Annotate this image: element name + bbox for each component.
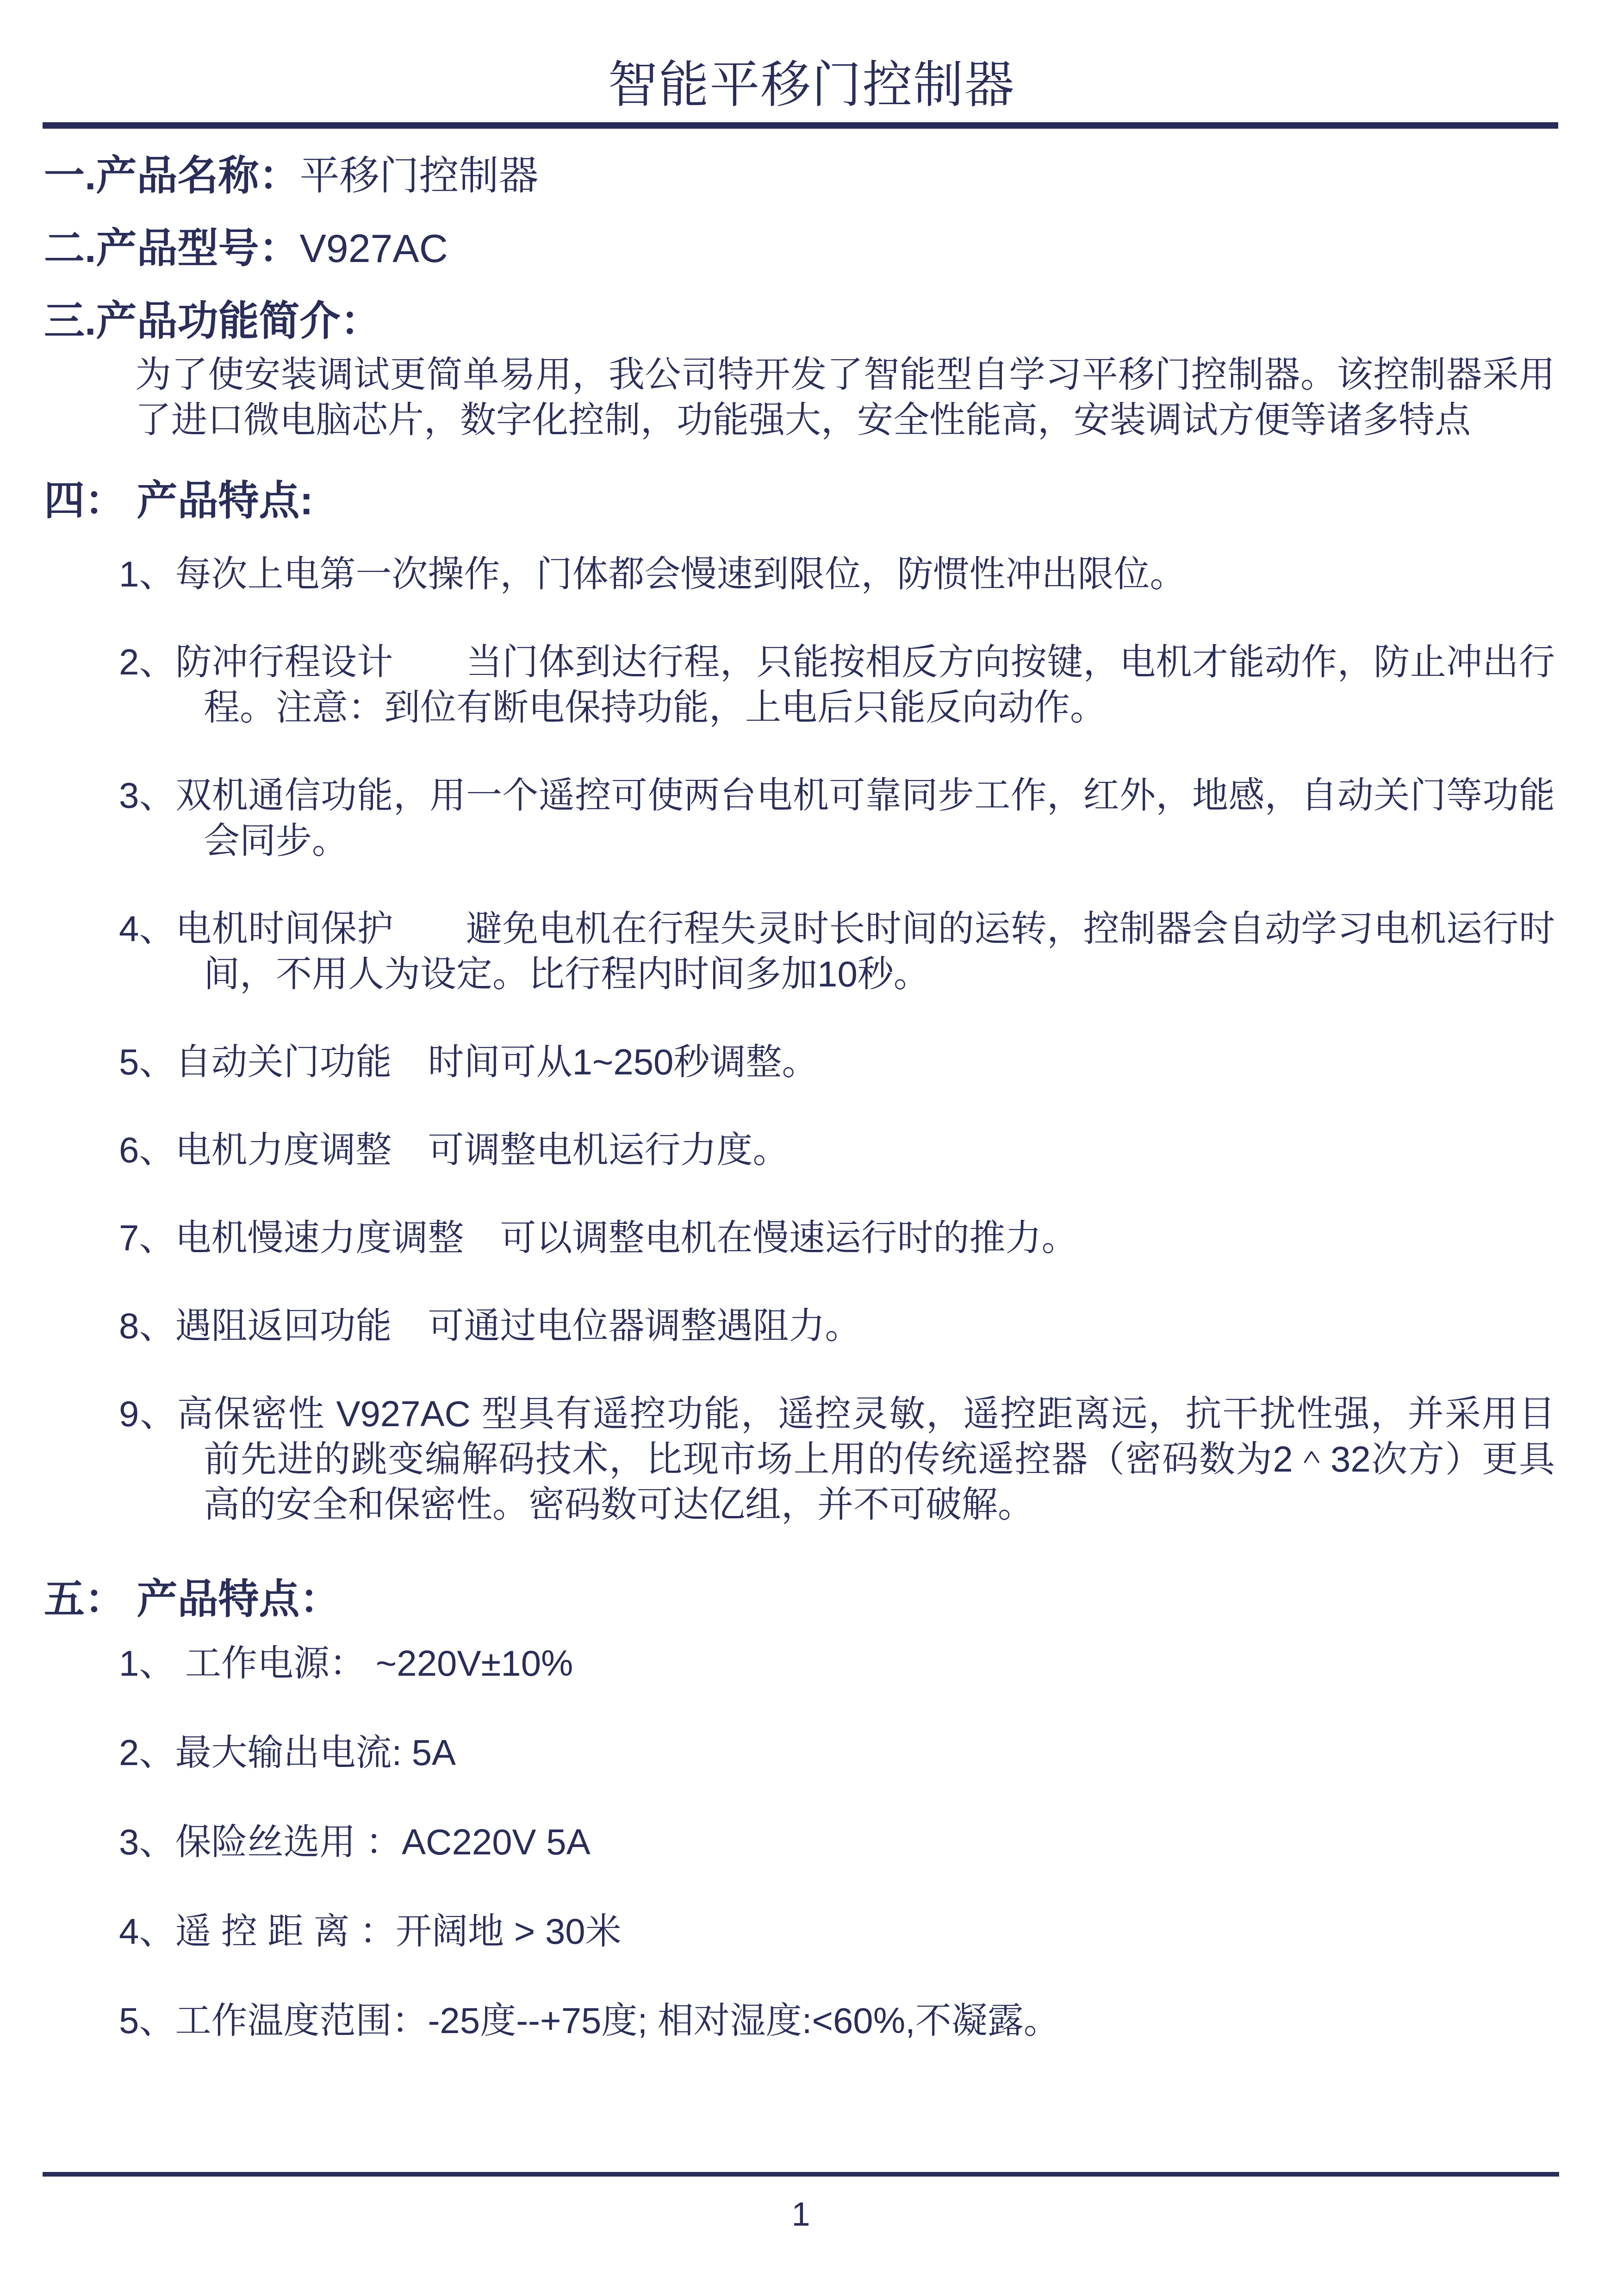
item-text: 最大输出电流: 5A xyxy=(175,1732,456,1773)
section-product-model: 二.产品型号：V927AC xyxy=(44,223,1554,274)
item-number: 8、 xyxy=(119,1305,175,1346)
feature-item-4: 4、电机时间保护 避免电机在行程失灵时长时间的运转，控制器会自动学习电机运行时间… xyxy=(0,906,1555,997)
section-two-heading: 产品型号： xyxy=(96,225,299,271)
item-number: 3、 xyxy=(119,1822,175,1862)
feature-item-6: 6、电机力度调整 可调整电机运行力度。 xyxy=(0,1127,1555,1173)
item-text: 遇阻返回功能 可通过电位器调整遇阻力。 xyxy=(175,1305,861,1346)
section-specs: 五： 产品特点： xyxy=(44,1573,1554,1624)
item-text: 工作电源： ~220V±10% xyxy=(175,1643,573,1684)
item-text: 自动关门功能 时间可从1~250秒调整。 xyxy=(175,1042,818,1082)
feature-item-3: 3、双机通信功能，用一个遥控可使两台电机可靠同步工作，红外，地感，自动关门等功能… xyxy=(0,773,1555,863)
item-number: 2、 xyxy=(119,1732,175,1773)
feature-item-1: 1、每次上电第一次操作，门体都会慢速到限位，防惯性冲出限位。 xyxy=(0,551,1555,597)
feature-item-2: 2、防冲行程设计 当门体到达行程，只能按相反方向按键，电机才能动作，防止冲出行程… xyxy=(0,639,1555,730)
section-five-label: 五： xyxy=(44,1576,137,1622)
section-two-label: 二. xyxy=(44,225,96,271)
item-text: 双机通信功能，用一个遥控可使两台电机可靠同步工作，红外，地感，自动关门等功能会同… xyxy=(175,775,1555,861)
product-name-value: 平移门控制器 xyxy=(299,154,538,198)
section-function-intro: 三.产品功能简介： xyxy=(44,295,1554,346)
item-text: 每次上电第一次操作，门体都会慢速到限位，防惯性冲出限位。 xyxy=(175,554,1186,594)
item-text: 电机力度调整 可调整电机运行力度。 xyxy=(175,1129,789,1170)
feature-item-7: 7、电机慢速力度调整 可以调整电机在慢速运行时的推力。 xyxy=(0,1215,1555,1260)
item-number: 3、 xyxy=(119,775,175,816)
spec-item-5: 5、工作温度范围：-25度--+75度; 相对湿度:<60%,不凝露。 xyxy=(0,1998,1555,2043)
page-footer: 1 xyxy=(43,2172,1559,2231)
item-number: 2、 xyxy=(119,642,175,682)
item-number: 6、 xyxy=(119,1129,175,1170)
section-one-label: 一. xyxy=(44,152,96,198)
item-text: 电机慢速力度调整 可以调整电机在慢速运行时的推力。 xyxy=(175,1217,1077,1258)
function-intro-paragraph: 为了使安装调试更简单易用，我公司特开发了智能型自学习平移门控制器。该控制器采用了… xyxy=(135,352,1555,443)
item-text: 遥 控 距 离 ：开阔地 > 30米 xyxy=(175,1911,621,1952)
section-four-heading: 产品特点: xyxy=(137,477,313,523)
item-text: 保险丝选用 ：AC220V 5A xyxy=(175,1822,590,1862)
section-one-heading: 产品名称： xyxy=(96,152,299,198)
feature-item-8: 8、遇阻返回功能 可通过电位器调整遇阻力。 xyxy=(0,1303,1555,1348)
item-number: 4、 xyxy=(119,908,175,949)
page-number: 1 xyxy=(43,2198,1559,2231)
item-number: 4、 xyxy=(119,1911,175,1952)
footer-divider xyxy=(43,2172,1559,2177)
section-product-name: 一.产品名称：平移门控制器 xyxy=(44,150,1554,201)
section-features: 四： 产品特点: xyxy=(44,475,1554,526)
item-number: 7、 xyxy=(119,1217,175,1258)
item-number: 1、 xyxy=(119,1643,175,1684)
title-divider xyxy=(43,122,1558,129)
section-four-label: 四： xyxy=(44,477,137,523)
spec-list: 1、 工作电源： ~220V±10% 2、最大输出电流: 5A 3、保险丝选用 … xyxy=(0,1641,1555,2043)
item-number: 5、 xyxy=(119,2000,175,2041)
spec-item-2: 2、最大输出电流: 5A xyxy=(0,1730,1555,1775)
feature-item-5: 5、自动关门功能 时间可从1~250秒调整。 xyxy=(0,1039,1555,1085)
section-three-heading: 产品功能简介： xyxy=(96,298,381,343)
spec-item-3: 3、保险丝选用 ：AC220V 5A xyxy=(0,1819,1555,1865)
item-number: 9、 xyxy=(119,1393,177,1434)
document-page: 智能平移门控制器 一.产品名称：平移门控制器 二.产品型号：V927AC 三.产… xyxy=(0,0,1623,2296)
section-three-label: 三. xyxy=(44,298,96,343)
spec-item-1: 1、 工作电源： ~220V±10% xyxy=(0,1641,1555,1686)
item-number: 1、 xyxy=(119,554,175,594)
feature-item-9: 9、高保密性 V927AC 型具有遥控功能，遥控灵敏，遥控距离远，抗干扰性强，并… xyxy=(0,1391,1555,1527)
feature-list: 1、每次上电第一次操作，门体都会慢速到限位，防惯性冲出限位。 2、防冲行程设计 … xyxy=(0,551,1555,1527)
product-model-value: V927AC xyxy=(299,226,448,271)
item-number: 5、 xyxy=(119,1042,175,1082)
item-text: 工作温度范围：-25度--+75度; 相对湿度:<60%,不凝露。 xyxy=(175,2000,1059,2041)
page-title: 智能平移门控制器 xyxy=(0,0,1623,115)
spec-item-4: 4、遥 控 距 离 ：开阔地 > 30米 xyxy=(0,1909,1555,1954)
item-text: 电机时间保护 避免电机在行程失灵时长时间的运转，控制器会自动学习电机运行时间，不… xyxy=(175,908,1555,994)
item-text: 高保密性 V927AC 型具有遥控功能，遥控灵敏，遥控距离远，抗干扰性强，并采用… xyxy=(177,1393,1555,1525)
item-text: 防冲行程设计 当门体到达行程，只能按相反方向按键，电机才能动作，防止冲出行程。注… xyxy=(175,642,1555,728)
section-five-heading: 产品特点： xyxy=(137,1576,340,1622)
